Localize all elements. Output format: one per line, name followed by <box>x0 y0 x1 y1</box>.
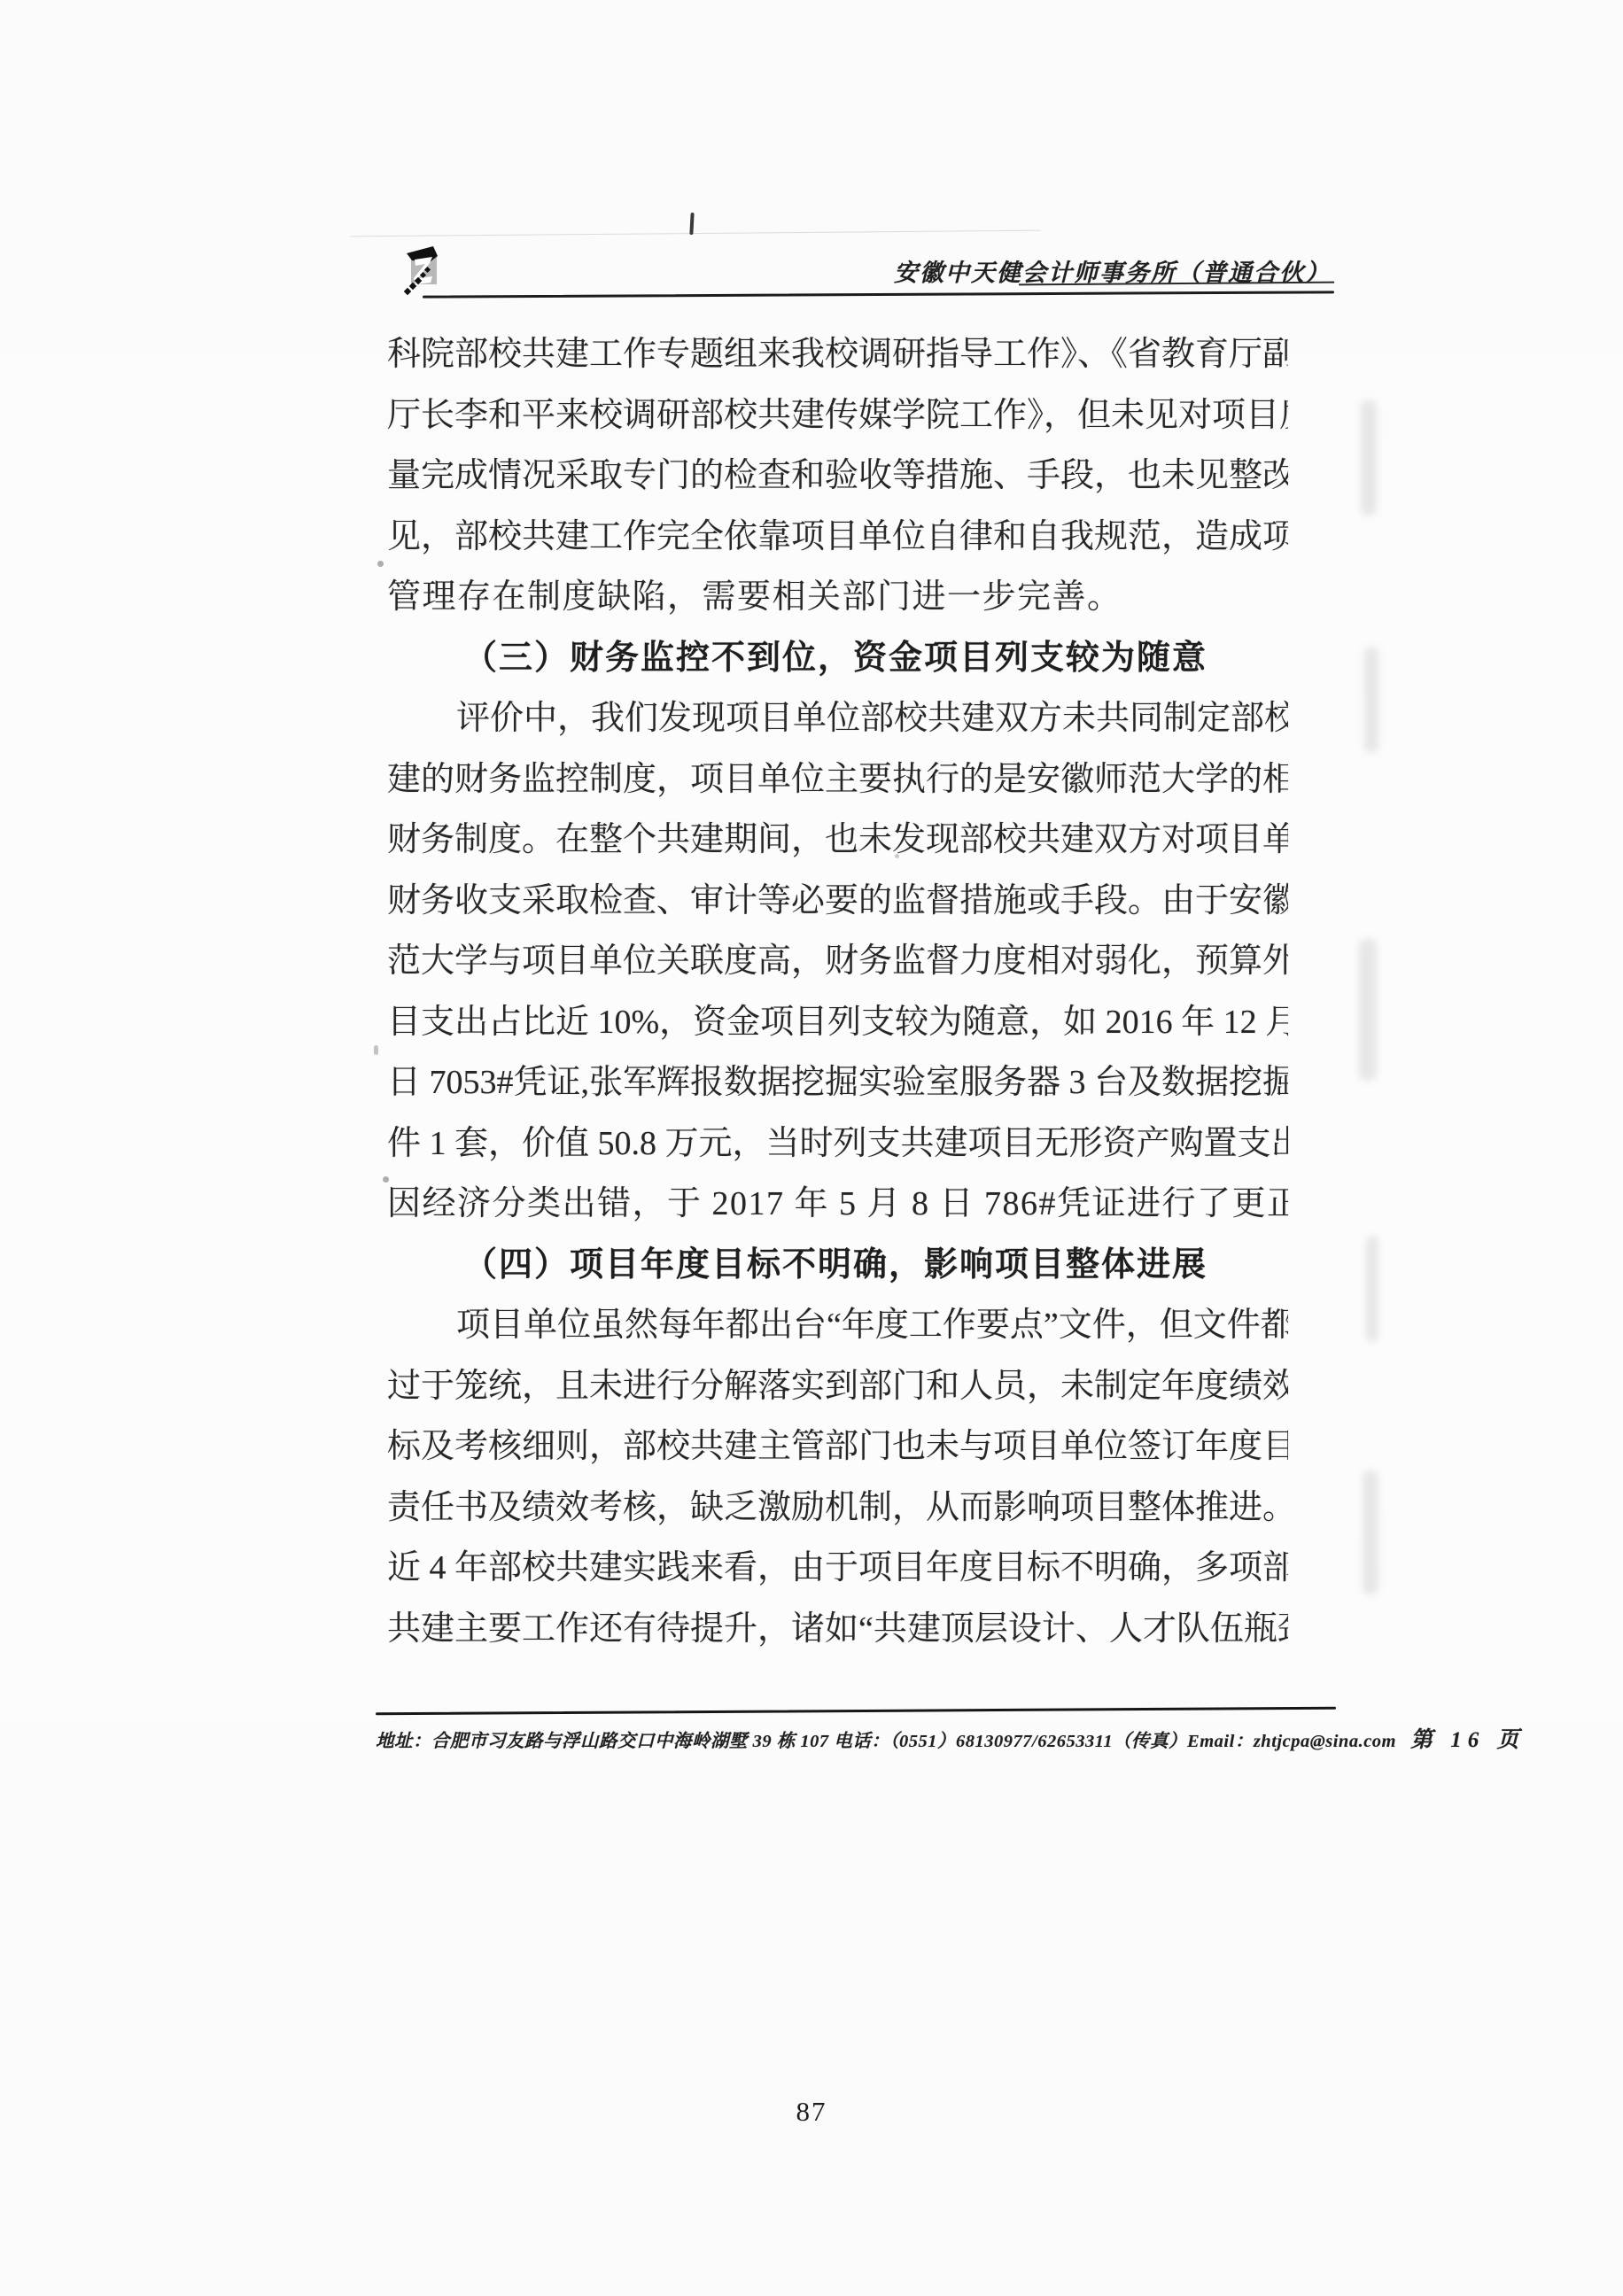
footer-rule <box>376 1707 1336 1716</box>
text-line: 量完成情况采取专门的检查和验收等措施、手段，也未见整改意 <box>387 446 1288 507</box>
section-heading-4: （四）项目年度目标不明确，影响项目整体进展 <box>387 1235 1288 1296</box>
scan-artifact <box>1366 1236 1378 1342</box>
scan-artifact <box>374 1045 378 1055</box>
firm-logo-icon <box>403 244 439 296</box>
footer-contact-info: 地址：合肥市习友路与浮山路交口中海岭湖墅 39 栋 107 电话：（0551）6… <box>376 1732 1396 1751</box>
scan-edge-line <box>350 230 1041 237</box>
text-line: 见，部校共建工作完全依靠项目单位自律和自我规范，造成项目 <box>387 507 1288 568</box>
text-line: 过于笼统，且未进行分解落实到部门和人员，未制定年度绩效目 <box>387 1356 1288 1417</box>
scan-artifact <box>377 561 384 567</box>
scan-artifact <box>1359 939 1377 1081</box>
scan-artifact <box>1363 1470 1378 1594</box>
text-line: 日 7053#凭证,张军辉报数据挖掘实验室服务器 3 台及数据挖掘软 <box>387 1052 1288 1113</box>
text-line: 范大学与项目单位关联度高，财务监督力度相对弱化，预算外项 <box>387 931 1288 992</box>
text-line: 财务制度。在整个共建期间，也未发现部校共建双方对项目单位 <box>387 810 1288 871</box>
text-line: 件 1 套，价值 50.8 万元，当时列支共建项目无形资产购置支出， <box>387 1113 1288 1175</box>
report-body: 科院部校共建工作专题组来我校调研指导工作》、《省教育厅副 厅长李和平来校调研部校… <box>387 324 1288 1659</box>
text-line: 项目单位虽然每年都出台“年度工作要点”文件，但文件都 <box>387 1295 1288 1356</box>
scan-artifact <box>1361 400 1377 516</box>
text-line: 目支出占比近 10%，资金项目列支较为随意，如 2016 年 12 月 21 <box>387 992 1288 1053</box>
text-line: 科院部校共建工作专题组来我校调研指导工作》、《省教育厅副 <box>387 324 1288 385</box>
text-line: 厅长李和平来校调研部校共建传媒学院工作》，但未见对项目质 <box>387 385 1288 446</box>
text-line: 财务收支采取检查、审计等必要的监督措施或手段。由于安徽师 <box>387 871 1288 932</box>
text-line: 责任书及绩效考核，缺乏激励机制，从而影响项目整体推进。从 <box>387 1478 1288 1539</box>
page-number: 87 <box>0 2096 1623 2128</box>
text-line: 因经济分类出错，于 2017 年 5 月 8 日 786#凭证进行了更正。 <box>387 1174 1288 1235</box>
text-line: 建的财务监控制度，项目单位主要执行的是安徽师范大学的相关 <box>387 749 1288 811</box>
text-line: 共建主要工作还有待提升，诸如“共建顶层设计、人才队伍瓶颈、 <box>387 1599 1288 1660</box>
footer-page-label: 第 16 页 <box>1410 1728 1526 1752</box>
text-line: 标及考核细则，部校共建主管部门也未与项目单位签订年度目标 <box>387 1416 1288 1478</box>
footer: 地址：合肥市习友路与浮山路交口中海岭湖墅 39 栋 107 电话：（0551）6… <box>376 1722 1341 1754</box>
scanned-document-page: 安徽中天健会计师事务所（普通合伙） 科院部校共建工作专题组来我校调研指导工作》、… <box>0 0 1623 2296</box>
scan-artifact <box>1364 647 1378 753</box>
text-line: 评价中，我们发现项目单位部校共建双方未共同制定部校共 <box>387 688 1288 749</box>
scan-artifact <box>689 213 694 235</box>
section-heading-3: （三）财务监控不到位，资金项目列支较为随意 <box>387 628 1288 689</box>
header-rule-thick <box>423 291 1334 298</box>
text-line: 管理存在制度缺陷，需要相关部门进一步完善。 <box>387 567 1288 628</box>
text-line: 近 4 年部校共建实践来看，由于项目年度目标不明确，多项部校 <box>387 1538 1288 1599</box>
